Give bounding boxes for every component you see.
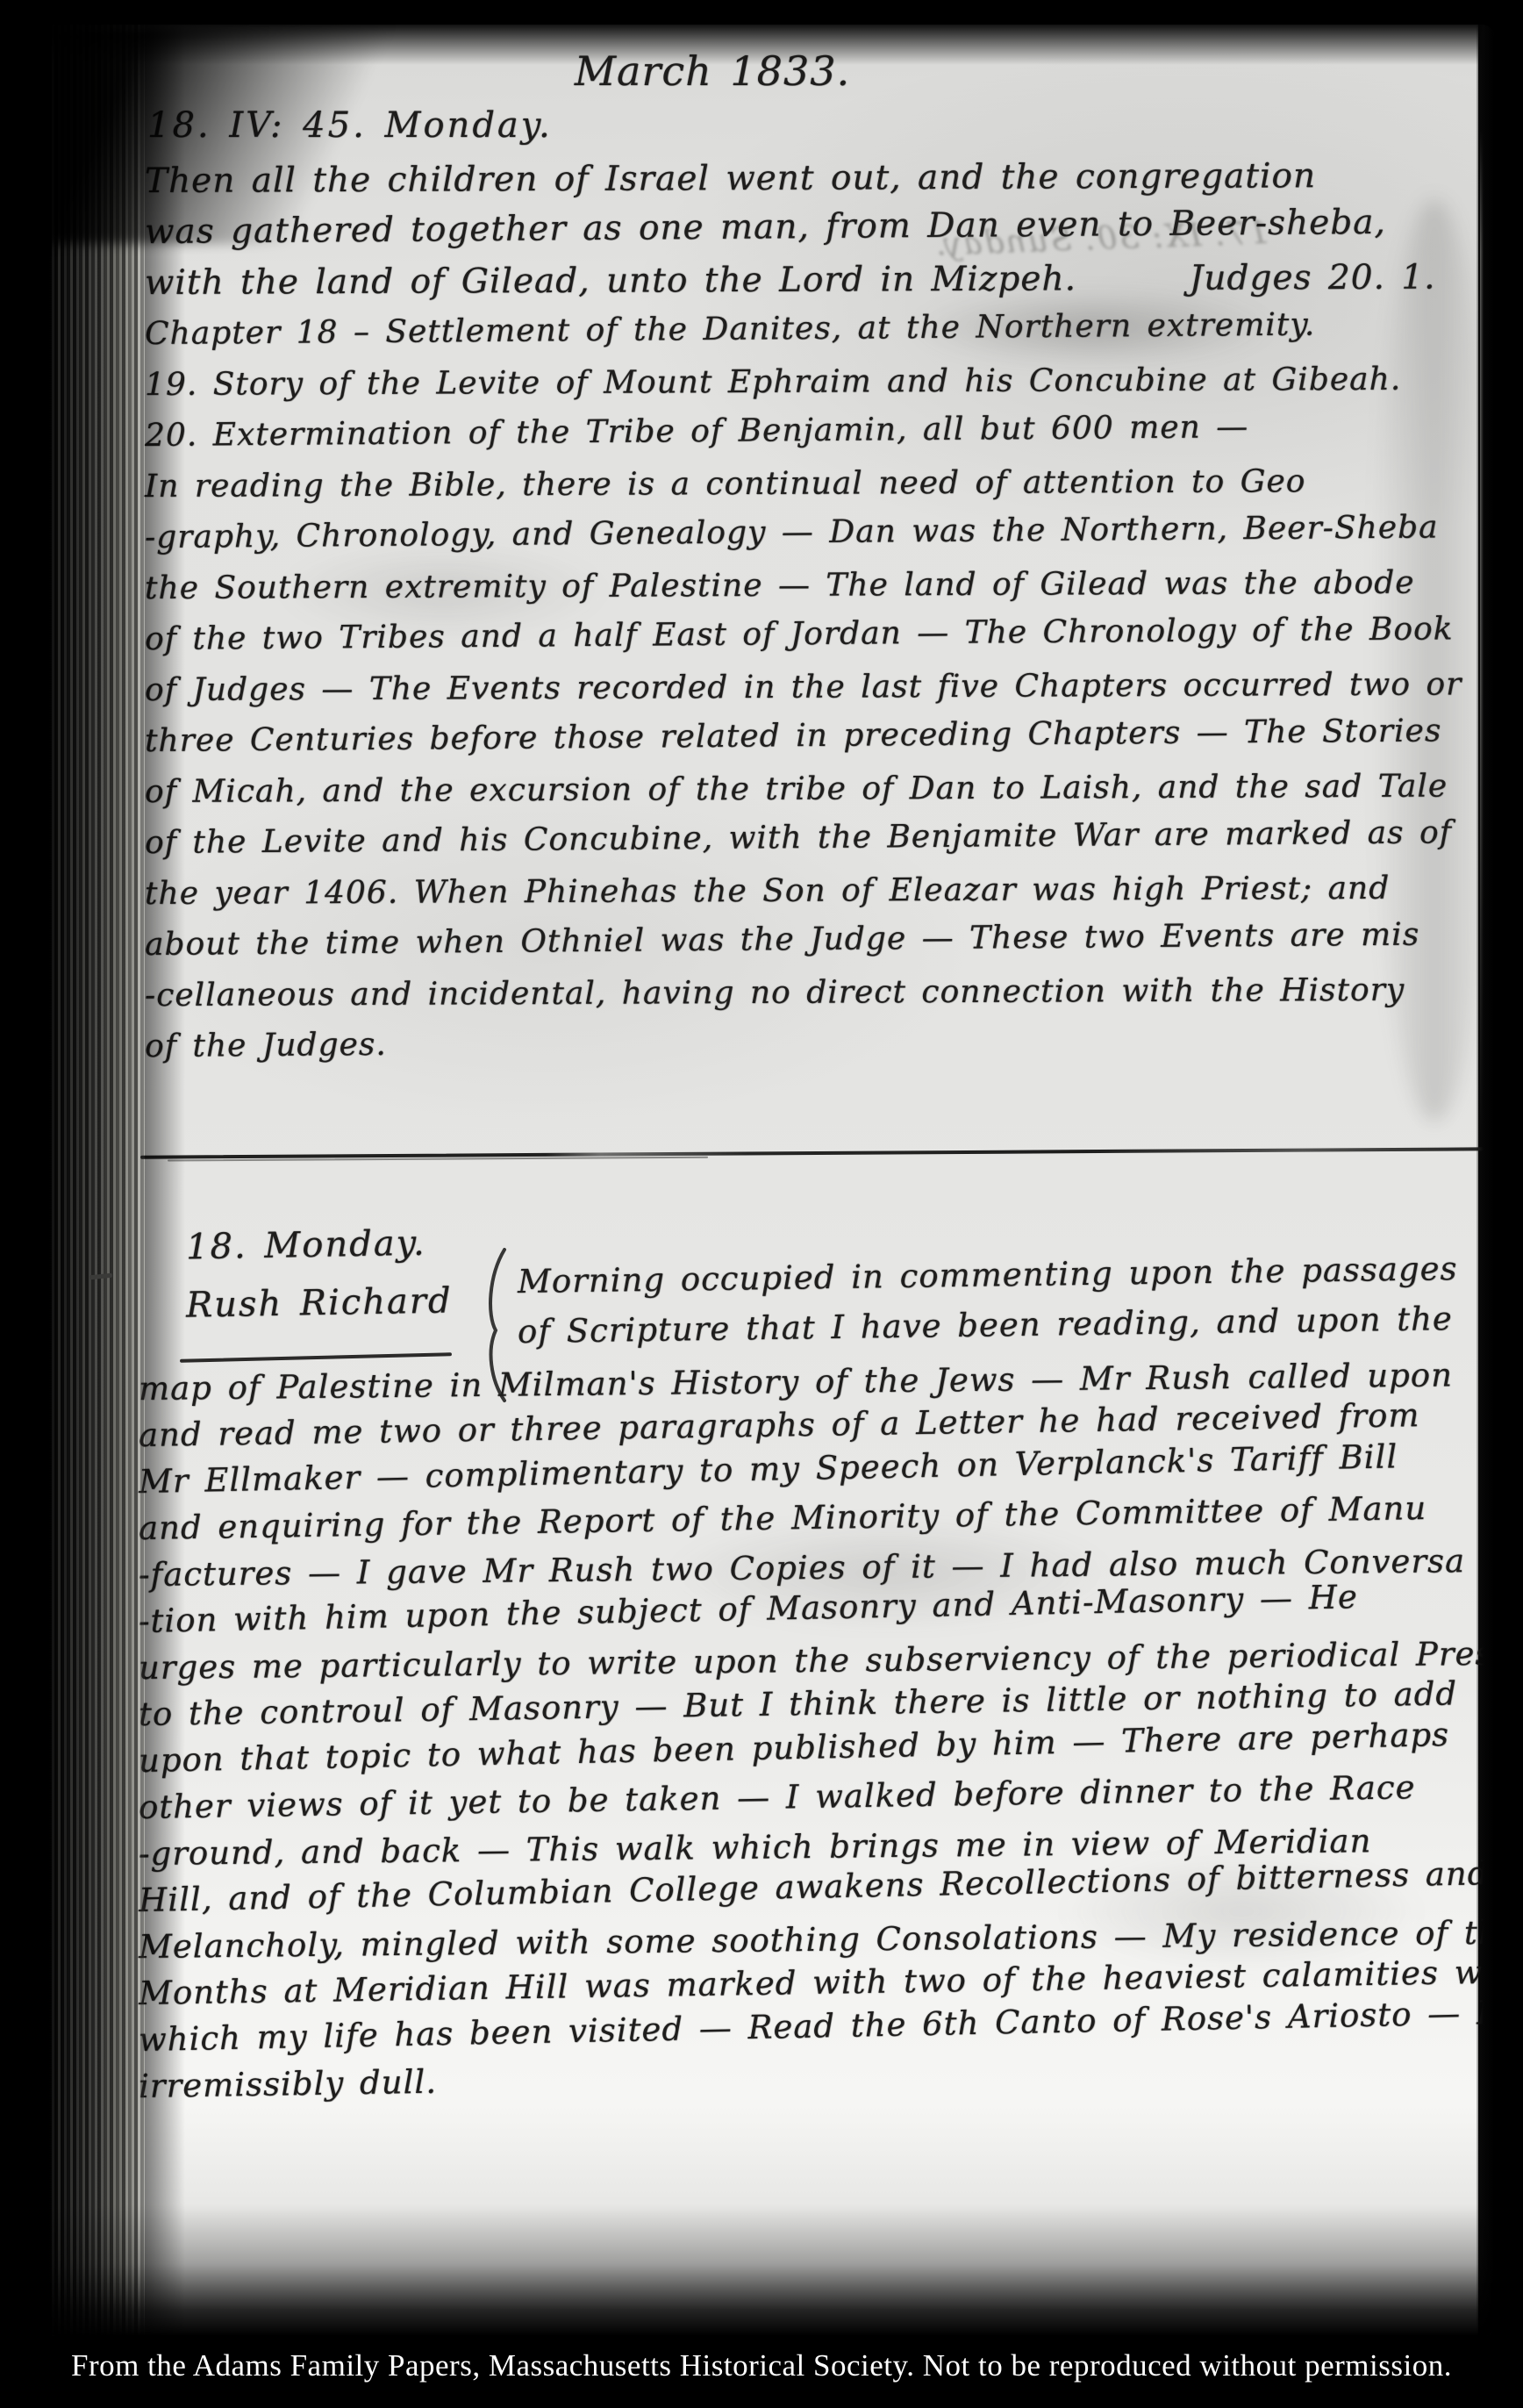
manuscript-line: Chapter 18 – Settlement of the Danites, … — [145, 298, 1469, 360]
manuscript-line: of the Judges. — [145, 1011, 1469, 1072]
bottom-edge-shadow — [48, 2204, 1494, 2336]
entry2-body: map of Palestine in Milman's History of … — [139, 1365, 1494, 2110]
entry2-margin-name: Rush Richard — [186, 1280, 453, 1325]
manuscript-line: of the two Tribes and a half East of Jor… — [145, 604, 1469, 665]
manuscript-line: 20. Extermination of the Tribe of Benjam… — [145, 400, 1469, 462]
entry1-body: Then all the children of Israel went out… — [145, 156, 1469, 1072]
manuscript-line: about the time when Othniel was the Judg… — [145, 909, 1469, 971]
diary-page: 17. IX: 30. Sunday. March 1833. 18. IV: … — [48, 25, 1494, 2336]
top-left-corner-shadow — [48, 25, 504, 244]
entry2-date-heading: 18. Monday. — [186, 1223, 426, 1268]
manuscript-line: -graphy, Chronology, and Genealogy — Dan… — [145, 502, 1469, 563]
gutter-shadow — [145, 25, 185, 2336]
book-binding-edge — [48, 25, 147, 2336]
manuscript-line: three Centuries before those related in … — [145, 706, 1469, 767]
entry2-opening-lines: Morning occupied in commenting upon the … — [518, 1257, 1465, 1357]
manuscript-line: of the Levite and his Concubine, with th… — [145, 807, 1469, 869]
credit-caption: From the Adams Family Papers, Massachuse… — [0, 2348, 1523, 2383]
photo-frame: 17. IX: 30. Sunday. March 1833. 18. IV: … — [0, 0, 1523, 2408]
page-right-edge — [1477, 25, 1494, 2336]
